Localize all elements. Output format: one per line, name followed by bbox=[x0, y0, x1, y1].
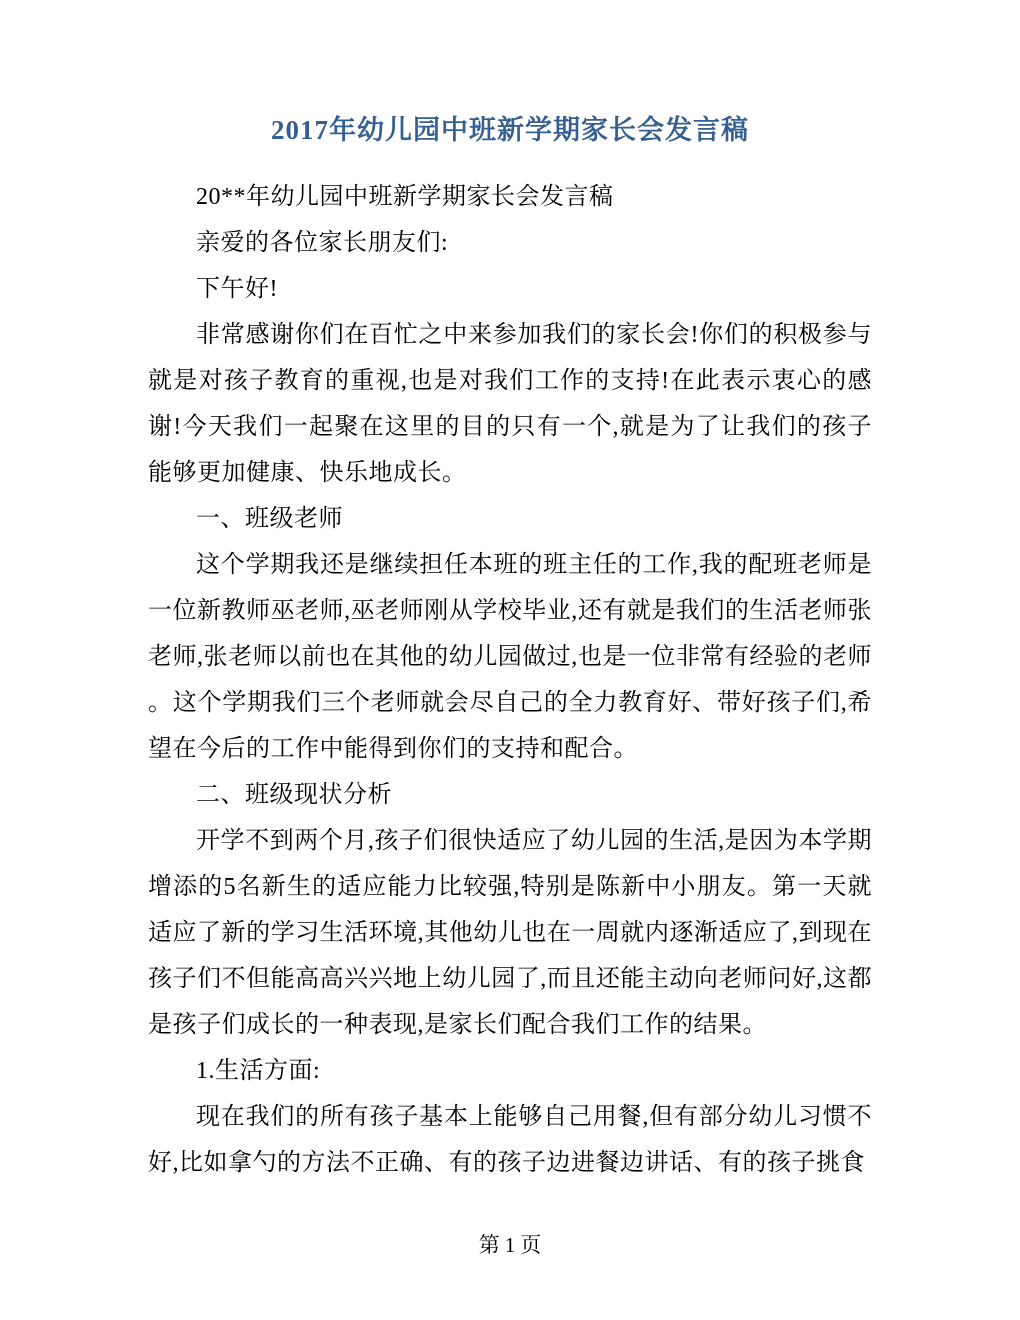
document-content: 2017年幼儿园中班新学期家长会发言稿 20**年幼儿园中班新学期家长会发言稿 … bbox=[148, 112, 872, 1186]
paragraph: 亲爱的各位家长朋友们: bbox=[148, 220, 872, 266]
paragraph-heading: 一、班级老师 bbox=[148, 496, 872, 542]
paragraph: 下午好! bbox=[148, 266, 872, 312]
page-footer-prefix: 第 bbox=[479, 1233, 500, 1257]
document-title: 2017年幼儿园中班新学期家长会发言稿 bbox=[148, 112, 872, 148]
page-number: 1 bbox=[505, 1230, 516, 1260]
page-footer: 第1页 bbox=[0, 1230, 1020, 1260]
paragraph-heading: 二、班级现状分析 bbox=[148, 772, 872, 818]
paragraph-heading: 1.生活方面: bbox=[148, 1048, 872, 1094]
document-page: 2017年幼儿园中班新学期家长会发言稿 20**年幼儿园中班新学期家长会发言稿 … bbox=[0, 0, 1020, 1320]
paragraph: 非常感谢你们在百忙之中来参加我们的家长会!你们的积极参与就是对孩子教育的重视,也… bbox=[148, 312, 872, 496]
paragraph: 现在我们的所有孩子基本上能够自己用餐,但有部分幼儿习惯不好,比如拿勺的方法不正确… bbox=[148, 1094, 872, 1186]
paragraph: 20**年幼儿园中班新学期家长会发言稿 bbox=[148, 174, 872, 220]
page-footer-suffix: 页 bbox=[520, 1233, 541, 1257]
paragraph: 这个学期我还是继续担任本班的班主任的工作,我的配班老师是一位新教师巫老师,巫老师… bbox=[148, 542, 872, 772]
paragraph: 开学不到两个月,孩子们很快适应了幼儿园的生活,是因为本学期增添的5名新生的适应能… bbox=[148, 818, 872, 1048]
